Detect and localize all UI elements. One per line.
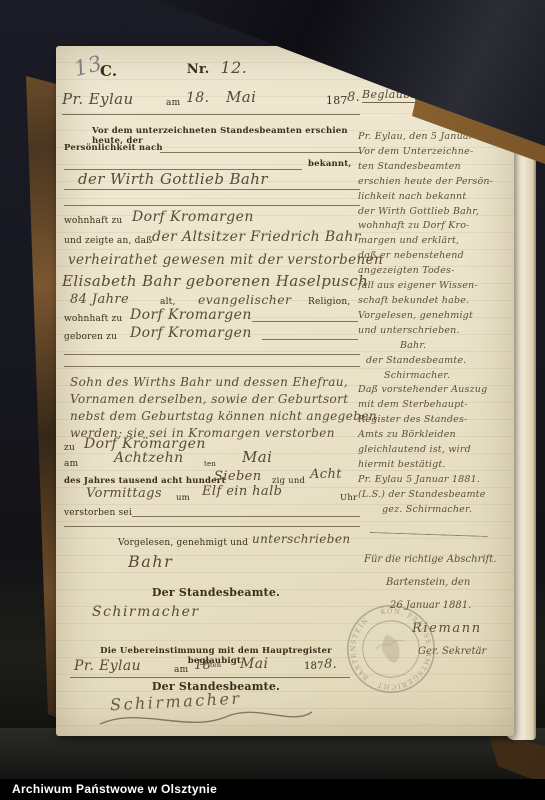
margin-line: hiermit bestätigt.	[358, 458, 510, 473]
residence2-label: wohnhaft zu	[64, 314, 122, 324]
margin-line: Bahr.	[358, 339, 510, 354]
footer-place: Pr. Eylau	[74, 658, 141, 674]
archival-photo: 13 C. Nr. 12. Pr. Eylau am 18. Mai 187 8…	[0, 0, 545, 800]
rule	[64, 354, 360, 355]
header-month: Mai	[226, 88, 256, 106]
footer-day: 18	[194, 658, 211, 673]
header-am-label: am	[166, 98, 180, 108]
margin-line: fall aus eigener Wissen-	[358, 279, 510, 294]
death-uhr-label: Uhr	[340, 493, 357, 503]
died-label: verstorben sei	[64, 508, 132, 518]
margin-line: gez. Schirmacher.	[358, 503, 510, 518]
margin-line: (L.S.) der Standesbeamte	[358, 488, 510, 503]
record-number-line: Nr. 12.	[152, 58, 282, 77]
residence2-value: Dorf Kromargen	[130, 307, 252, 323]
intro-line-2: Persönlichkeit nach	[64, 143, 163, 153]
form-letter: C.	[100, 62, 117, 80]
death-daytime-value: Vormittags	[86, 486, 162, 501]
notes-line: nebst dem Geburtstag können nicht angege…	[70, 408, 362, 425]
flourish-divider	[370, 522, 488, 537]
notes-line: Vornamen derselben, sowie der Geburtsort	[70, 391, 362, 408]
record-number-value: 12.	[221, 58, 248, 77]
born-value: Dorf Kromargen	[130, 325, 252, 341]
footer-year-written: 8.	[324, 657, 337, 672]
rule	[64, 366, 360, 367]
rule	[132, 516, 360, 517]
death-day-label: am	[64, 459, 78, 469]
age-label: alt,	[160, 297, 176, 307]
death-um-label: um	[176, 493, 190, 503]
margin-line: lichkeit nach bekannt	[358, 190, 510, 205]
notes-line: Sohn des Wirths Bahr und dessen Ehefrau,	[70, 374, 362, 391]
margin-line: margen und erklärt,	[358, 234, 510, 249]
footer-year-printed: 187	[304, 661, 324, 672]
notes-paragraph: Sohn des Wirths Bahr und dessen Ehefrau,…	[70, 374, 362, 442]
religion-label: Religion,	[308, 297, 350, 307]
death-hour-value: Elf ein halb	[202, 484, 282, 499]
margin-line: angezeigten Todes-	[358, 264, 510, 279]
death-day-value: Achtzehn	[114, 450, 184, 466]
rule	[160, 152, 360, 153]
declarant-entry: der Wirth Gottlieb Bahr	[78, 170, 268, 188]
death-month-value: Mai	[242, 448, 272, 466]
margin-lines: Pr. Eylau, den 5 Januar 1881.Vor dem Unt…	[358, 130, 510, 518]
margin-line: schaft bekundet habe.	[358, 294, 510, 309]
death-place-label: zu	[64, 443, 75, 453]
header-day: 18.	[186, 90, 209, 106]
report-label: und zeigte an, daß	[64, 236, 152, 246]
report-line-3: Elisabeth Bahr geborenen Haselpusch	[62, 272, 368, 290]
footer-am-label: am	[174, 665, 188, 675]
margin-line: Amts zu Börkleiden	[358, 428, 510, 443]
rule	[64, 189, 360, 190]
report-line-2: verheirathet gewesen mit der verstorbene…	[68, 252, 383, 268]
margin-closing-line: Für die richtige Abschrift.	[364, 548, 514, 571]
residence1-value: Dorf Kromargen	[132, 209, 254, 225]
header-place: Pr. Eylau	[62, 90, 134, 108]
born-label: geboren zu	[64, 332, 117, 342]
religion-value: evangelischer	[198, 292, 291, 307]
margin-note: Beglaubigte Abschrift. Pr. Eylau, den 5 …	[356, 86, 510, 726]
margin-line: erschien heute der Persön-	[358, 175, 510, 190]
archive-watermark-label: Archiwum Państwowe w Olsztynie	[0, 779, 545, 800]
closing-written: unterschrieben	[252, 532, 351, 546]
rule	[262, 339, 358, 340]
signature-swash	[96, 704, 316, 732]
margin-line: Schirmacher.	[358, 369, 510, 384]
rule	[64, 526, 360, 527]
residence1-label: wohnhaft zu	[64, 216, 122, 226]
intro-line-3: bekannt,	[308, 159, 352, 169]
death-year-value1: Sieben	[214, 469, 262, 484]
margin-line: daß er nebenstehend	[358, 249, 510, 264]
death-year-value2: Acht	[310, 467, 342, 482]
margin-closing-line: Bartenstein, den	[386, 571, 514, 594]
age-value: 84 Jahre	[70, 292, 129, 307]
margin-line: Pr. Eylau 5 Januar 1881.	[358, 473, 510, 488]
rule	[62, 114, 360, 115]
closing-printed: Vorgelesen, genehmigt und	[118, 538, 248, 548]
signature-schirmacher: Schirmacher	[92, 604, 200, 620]
footer-month: Mai	[240, 656, 268, 672]
margin-line: der Wirth Gottlieb Bahr,	[358, 205, 510, 220]
record-number-label: Nr.	[187, 62, 210, 77]
margin-line: ten Standesbeamten	[358, 160, 510, 175]
margin-line: wohnhaft zu Dorf Kro-	[358, 219, 510, 234]
margin-line: Vor dem Unterzeichne-	[358, 145, 510, 160]
margin-line: der Standesbeamte.	[358, 354, 510, 369]
header-year-printed: 187	[326, 94, 348, 107]
death-ten-label: ten	[204, 460, 216, 468]
rule	[70, 677, 350, 678]
margin-line: Vorgelesen, genehmigt	[358, 309, 510, 324]
rule	[64, 205, 360, 206]
margin-line: Register des Standes-	[358, 413, 510, 428]
archive-watermark-bar: Archiwum Państwowe w Olsztynie	[0, 779, 545, 800]
registrar-label: Der Standesbeamte.	[146, 586, 286, 599]
flourished-signature: Schirmacher	[96, 690, 326, 732]
margin-line: und unterschrieben.	[358, 324, 510, 339]
register-page: 13 C. Nr. 12. Pr. Eylau am 18. Mai 187 8…	[56, 46, 514, 736]
margin-line: Daß vorstehender Auszug	[358, 383, 510, 398]
footer-ten-label: ten	[210, 661, 221, 669]
rule	[252, 321, 358, 322]
margin-line: gleichlautend ist, wird	[358, 443, 510, 458]
signature-bahr: Bahr	[128, 552, 173, 571]
stamp-eagle-icon	[379, 632, 403, 665]
margin-line: mit dem Sterbehaupt-	[358, 398, 510, 413]
report-value: der Altsitzer Friedrich Bahr	[152, 229, 361, 245]
